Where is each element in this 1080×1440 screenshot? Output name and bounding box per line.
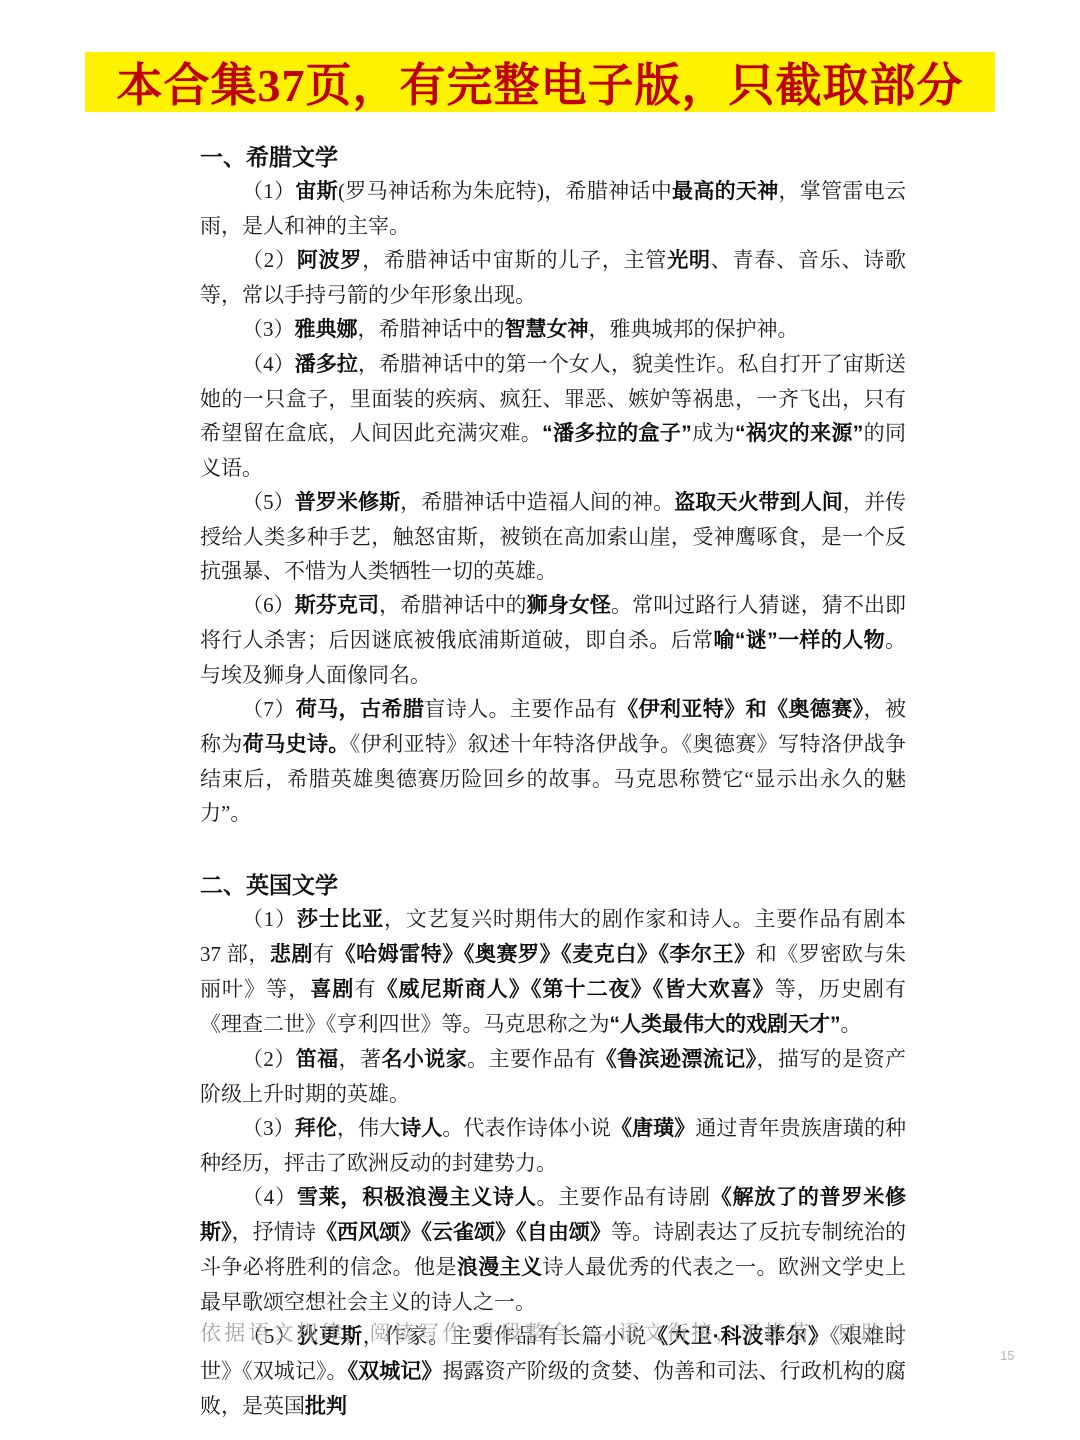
english-item-shakespeare: （1）莎士比亚，文艺复兴时期伟大的剧作家和诗人。主要作品有剧本 37 部，悲剧有…: [200, 902, 906, 1042]
greek-item-homer: （7）荷马，古希腊盲诗人。主要作品有《伊利亚特》和《奥德赛》，被称为荷马史诗。《…: [200, 692, 906, 830]
document-page: 本合集37页，有完整电子版，只截取部分 一、希腊文学 （1）宙斯(罗马神话称为朱…: [0, 0, 1080, 1440]
english-item-defoe: （2）笛福，著名小说家。主要作品有《鲁滨逊漂流记》，描写的是资产阶级上升时期的英…: [200, 1042, 906, 1111]
section-title-english-literature: 二、英国文学: [200, 868, 906, 902]
greek-item-sphinx: （6）斯芬克司，希腊神话中的狮身女怪。常叫过路行人猜谜，猜不出即将行人杀害；后因…: [200, 588, 906, 692]
greek-item-zeus: （1）宙斯(罗马神话称为朱庇特)，希腊神话中最高的天神，掌管雷电云雨，是人和神的…: [200, 174, 906, 243]
greek-item-athena: （3）雅典娜，希腊神话中的智慧女神，雅典城邦的保护神。: [200, 312, 906, 347]
english-item-shelley: （4）雪莱，积极浪漫主义诗人。主要作品有诗剧《解放了的普罗米修斯》，抒情诗《西风…: [200, 1180, 906, 1319]
greek-item-prometheus: （5）普罗米修斯，希腊神话中造福人间的神。盗取天火带到人间，并传授给人类多种手艺…: [200, 485, 906, 588]
promo-banner-text: 本合集37页，有完整电子版，只截取部分: [117, 49, 964, 115]
footer-watermark: 依据语文规律，阅读写作·升段整合——语文衔接，不拔苗，只助长: [200, 1316, 906, 1350]
greek-item-pandora: （4）潘多拉，希腊神话中的第一个女人，貌美性诈。私自打开了宙斯送她的一只盒子，里…: [200, 347, 906, 485]
promo-banner: 本合集37页，有完整电子版，只截取部分: [85, 52, 995, 112]
greek-item-apollo: （2）阿波罗，希腊神话中宙斯的儿子，主管光明、青春、音乐、诗歌等，常以手持弓箭的…: [200, 243, 906, 312]
page-number: 15: [1000, 1348, 1014, 1363]
document-content: 一、希腊文学 （1）宙斯(罗马神话称为朱庇特)，希腊神话中最高的天神，掌管雷电云…: [200, 140, 906, 1424]
section-title-greek-literature: 一、希腊文学: [200, 140, 906, 174]
english-item-byron: （3）拜伦，伟大诗人。代表作诗体小说《唐璜》通过青年贵族唐璜的种种经历，抨击了欧…: [200, 1111, 906, 1180]
